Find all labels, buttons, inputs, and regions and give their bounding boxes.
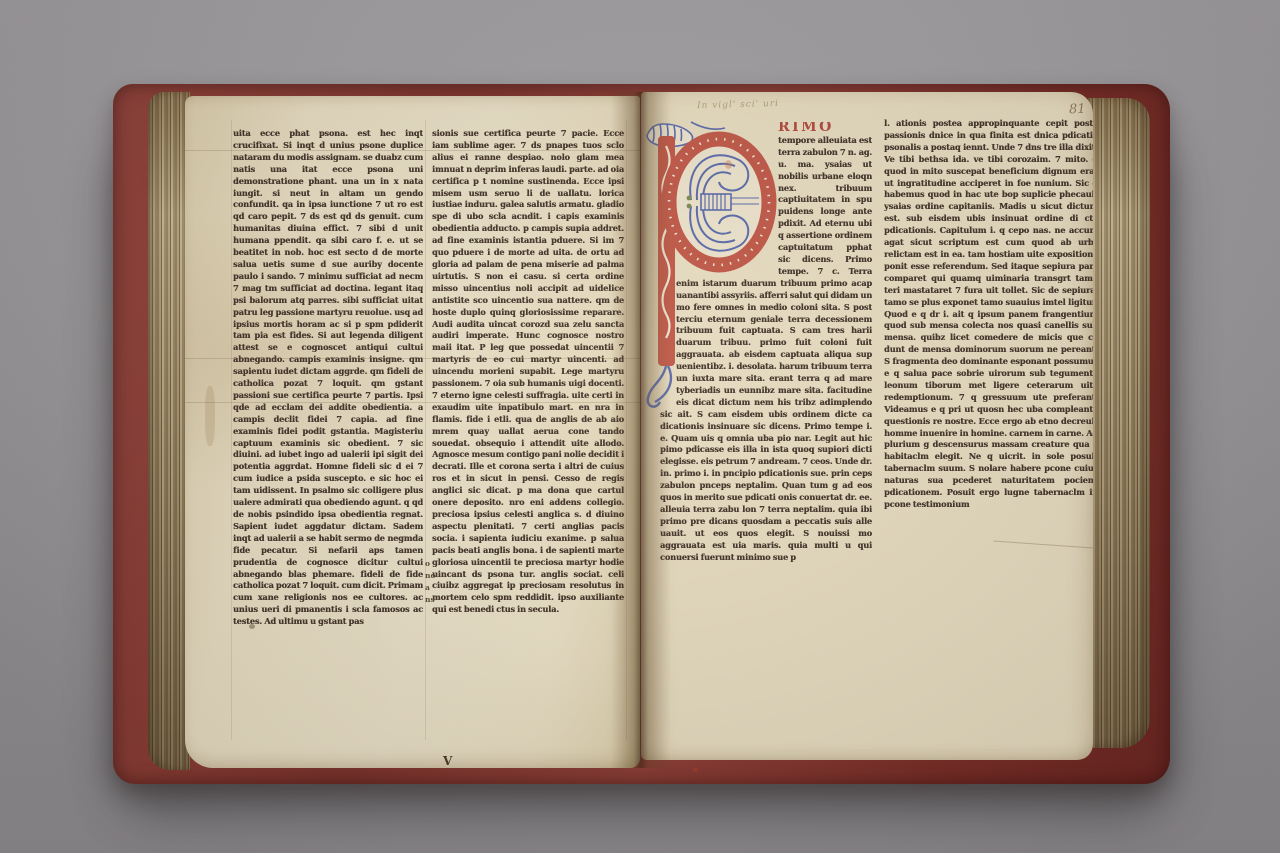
ruling-line <box>425 120 426 740</box>
right-page-block-edge <box>1088 98 1150 748</box>
quire-signature: V <box>443 754 452 768</box>
illuminated-initial-p-icon <box>645 114 781 424</box>
margin-glosses: onoans <box>425 558 435 606</box>
manuscript-book: uita ecce phat psona. est hec inqt cruci… <box>113 84 1170 784</box>
right-page: In vigl' sci' uri 81 RIMO tempore alleui… <box>641 92 1093 760</box>
ink-spot <box>249 624 255 629</box>
photo-backdrop: uita ecce phat psona. est hec inqt cruci… <box>0 0 1280 853</box>
ruling-line <box>626 120 627 740</box>
red-speck <box>693 768 698 772</box>
manuscript-text-column-left-1: uita ecce phat psona. est hec inqt cruci… <box>233 128 423 628</box>
margin-inscription: In vigl' sci' uri <box>697 99 779 111</box>
ruling-line <box>231 120 232 740</box>
folio-number: 81 <box>1069 102 1086 118</box>
left-page: uita ecce phat psona. est hec inqt cruci… <box>185 96 640 768</box>
rubric-text: RIMO <box>778 122 834 135</box>
parchment-stain <box>205 386 215 446</box>
orange-smudge <box>725 160 732 169</box>
manuscript-text-column-right-2: l. ationis postea appropinquante cepit p… <box>884 118 1093 626</box>
left-page-block-edge <box>148 92 190 770</box>
manuscript-text-column-left-2: sionis sue certifica peurte 7 pacie. Ecc… <box>432 128 624 635</box>
incipit-text: tempore alleuiata est terra zabulon 7 n.… <box>778 135 872 181</box>
